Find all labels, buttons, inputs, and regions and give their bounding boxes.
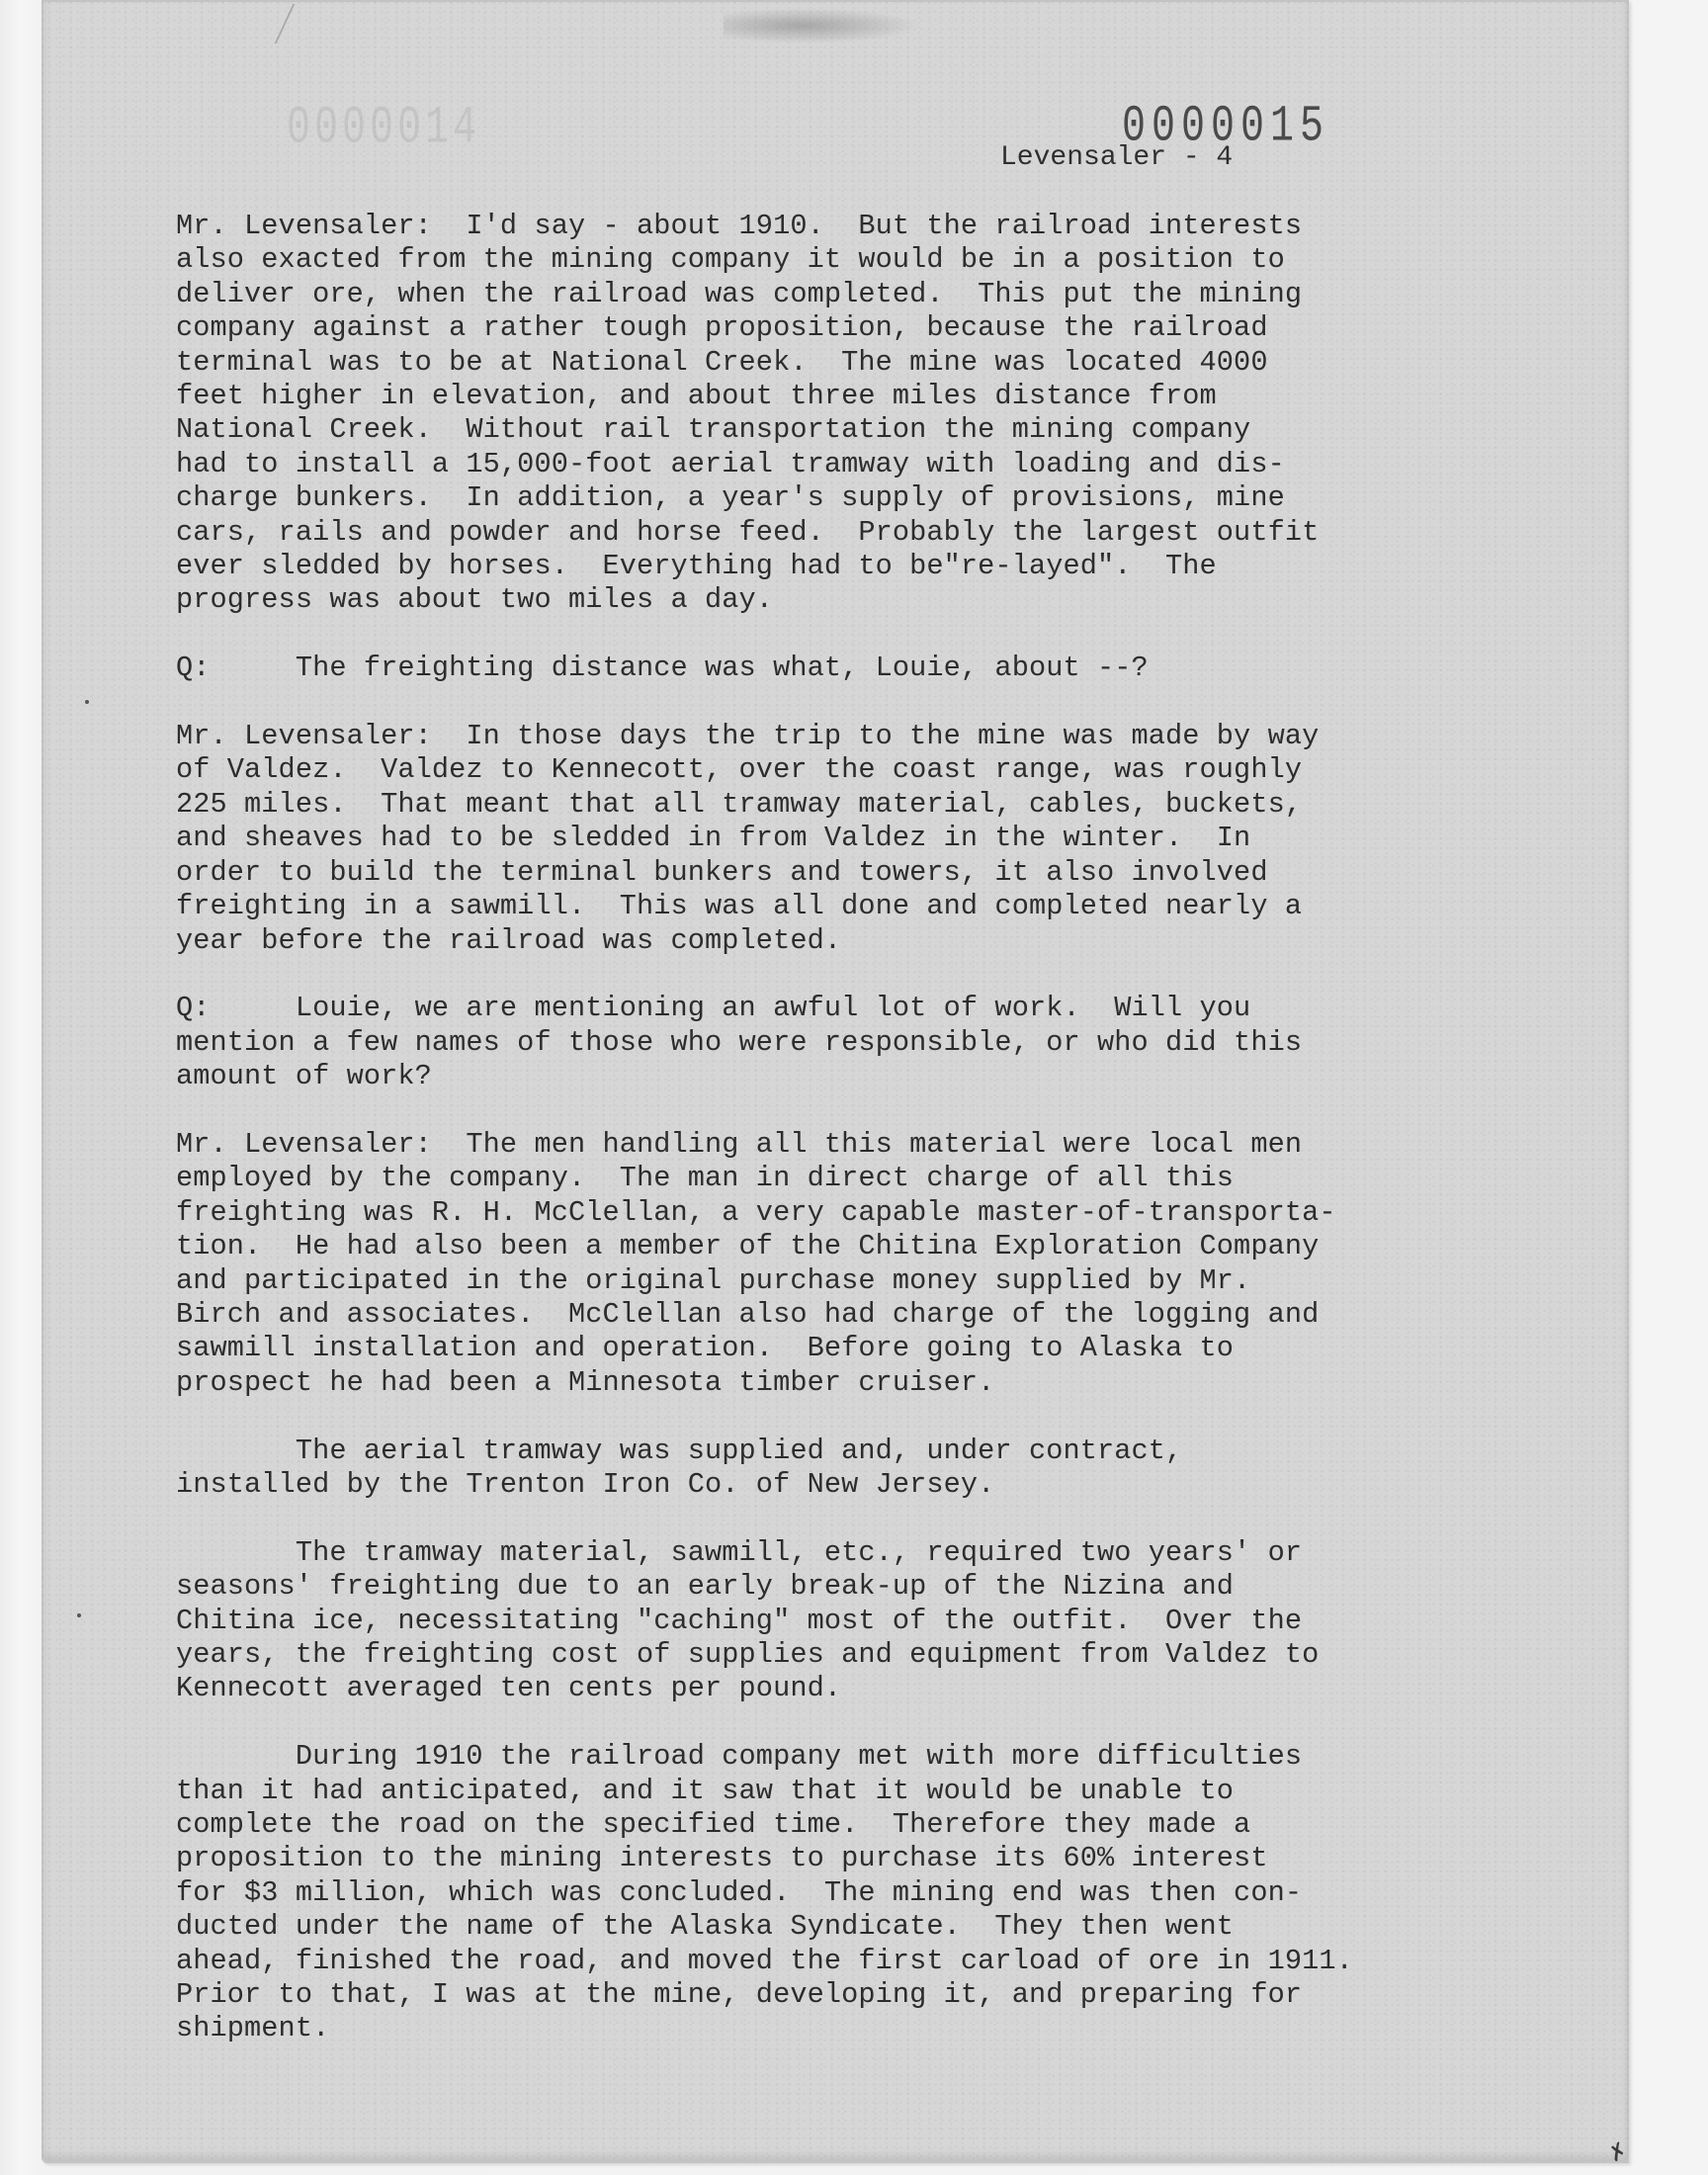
text-line: company against a rather tough propositi… [176, 311, 1560, 345]
page-header: Levensaler - 4 [1000, 142, 1233, 173]
text-line: Prior to that, I was at the mine, develo… [176, 1978, 1560, 2012]
text-line: Mr. Levensaler: The men handling all thi… [176, 1128, 1560, 1162]
text-line: freighting in a sawmill. This was all do… [176, 890, 1560, 923]
ghost-stamp-number: 0000014 [287, 99, 480, 159]
text-line: deliver ore, when the railroad was compl… [176, 278, 1560, 311]
paper-speck [85, 700, 89, 704]
text-line: National Creek. Without rail transportat… [176, 413, 1560, 447]
text-line: ahead, finished the road, and moved the … [176, 1945, 1560, 1978]
text-line: shipment. [176, 2012, 1560, 2045]
text-line: terminal was to be at National Creek. Th… [176, 346, 1560, 380]
text-line: ever sledded by horses. Everything had t… [176, 550, 1560, 583]
text-line: During 1910 the railroad company met wit… [176, 1740, 1560, 1774]
text-line: prospect he had been a Minnesota timber … [176, 1366, 1560, 1400]
narrative-paragraph: The tramway material, sawmill, etc., req… [176, 1536, 1560, 1706]
text-line: year before the railroad was completed. [176, 924, 1560, 958]
text-line: Chitina ice, necessitating "caching" mos… [176, 1605, 1560, 1638]
text-line: progress was about two miles a day. [176, 583, 1560, 617]
text-line: amount of work? [176, 1060, 1560, 1093]
text-line: of Valdez. Valdez to Kennecott, over the… [176, 753, 1560, 787]
text-line: cars, rails and powder and horse feed. P… [176, 516, 1560, 550]
text-line: years, the freighting cost of supplies a… [176, 1638, 1560, 1672]
text-line: Mr. Levensaler: In those days the trip t… [176, 720, 1560, 753]
answer-paragraph: Mr. Levensaler: The men handling all thi… [176, 1128, 1560, 1400]
text-line: employed by the company. The man in dire… [176, 1162, 1560, 1195]
text-line: and sheaves had to be sledded in from Va… [176, 822, 1560, 855]
text-line: 225 miles. That meant that all tramway m… [176, 788, 1560, 822]
paper-speck [77, 1613, 81, 1617]
text-line: The aerial tramway was supplied and, und… [176, 1435, 1560, 1468]
text-line: Kennecott averaged ten cents per pound. [176, 1672, 1560, 1705]
text-line: mention a few names of those who were re… [176, 1026, 1560, 1060]
text-line: ducted under the name of the Alaska Synd… [176, 1910, 1560, 1944]
narrative-paragraph: During 1910 the railroad company met wit… [176, 1740, 1560, 2046]
text-line: complete the road on the specified time.… [176, 1808, 1560, 1842]
narrative-paragraph: The aerial tramway was supplied and, und… [176, 1435, 1560, 1503]
text-line: and participated in the original purchas… [176, 1264, 1560, 1298]
paper-smudge [275, 4, 325, 43]
text-line: order to build the terminal bunkers and … [176, 856, 1560, 890]
text-line: Mr. Levensaler: I'd say - about 1910. Bu… [176, 210, 1560, 243]
text-line: freighting was R. H. McClellan, a very c… [176, 1196, 1560, 1230]
text-line: installed by the Trenton Iron Co. of New… [176, 1468, 1560, 1502]
text-line: tion. He had also been a member of the C… [176, 1230, 1560, 1263]
text-line: had to install a 15,000-foot aerial tram… [176, 448, 1560, 481]
text-line: feet higher in elevation, and about thre… [176, 380, 1560, 413]
question-paragraph: Q: Louie, we are mentioning an awful lot… [176, 992, 1560, 1093]
text-line: seasons' freighting due to an early brea… [176, 1570, 1560, 1604]
text-line: proposition to the mining interests to p… [176, 1842, 1560, 1875]
text-line: The tramway material, sawmill, etc., req… [176, 1536, 1560, 1570]
text-line: Birch and associates. McClellan also had… [176, 1298, 1560, 1332]
question-paragraph: Q: The freighting distance was what, Lou… [176, 652, 1560, 685]
text-line: than it had anticipated, and it saw that… [176, 1775, 1560, 1808]
answer-paragraph: Mr. Levensaler: I'd say - about 1910. Bu… [176, 210, 1560, 618]
text-line: Q: The freighting distance was what, Lou… [176, 652, 1560, 685]
text-line: charge bunkers. In addition, a year's su… [176, 481, 1560, 515]
text-line: also exacted from the mining company it … [176, 243, 1560, 277]
transcript-body: Mr. Levensaler: I'd say - about 1910. Bu… [176, 210, 1560, 2080]
paper-smudge [724, 8, 921, 43]
text-line: for $3 million, which was concluded. The… [176, 1876, 1560, 1910]
text-line: Q: Louie, we are mentioning an awful lot… [176, 992, 1560, 1025]
answer-paragraph: Mr. Levensaler: In those days the trip t… [176, 720, 1560, 958]
text-line: sawmill installation and operation. Befo… [176, 1332, 1560, 1365]
